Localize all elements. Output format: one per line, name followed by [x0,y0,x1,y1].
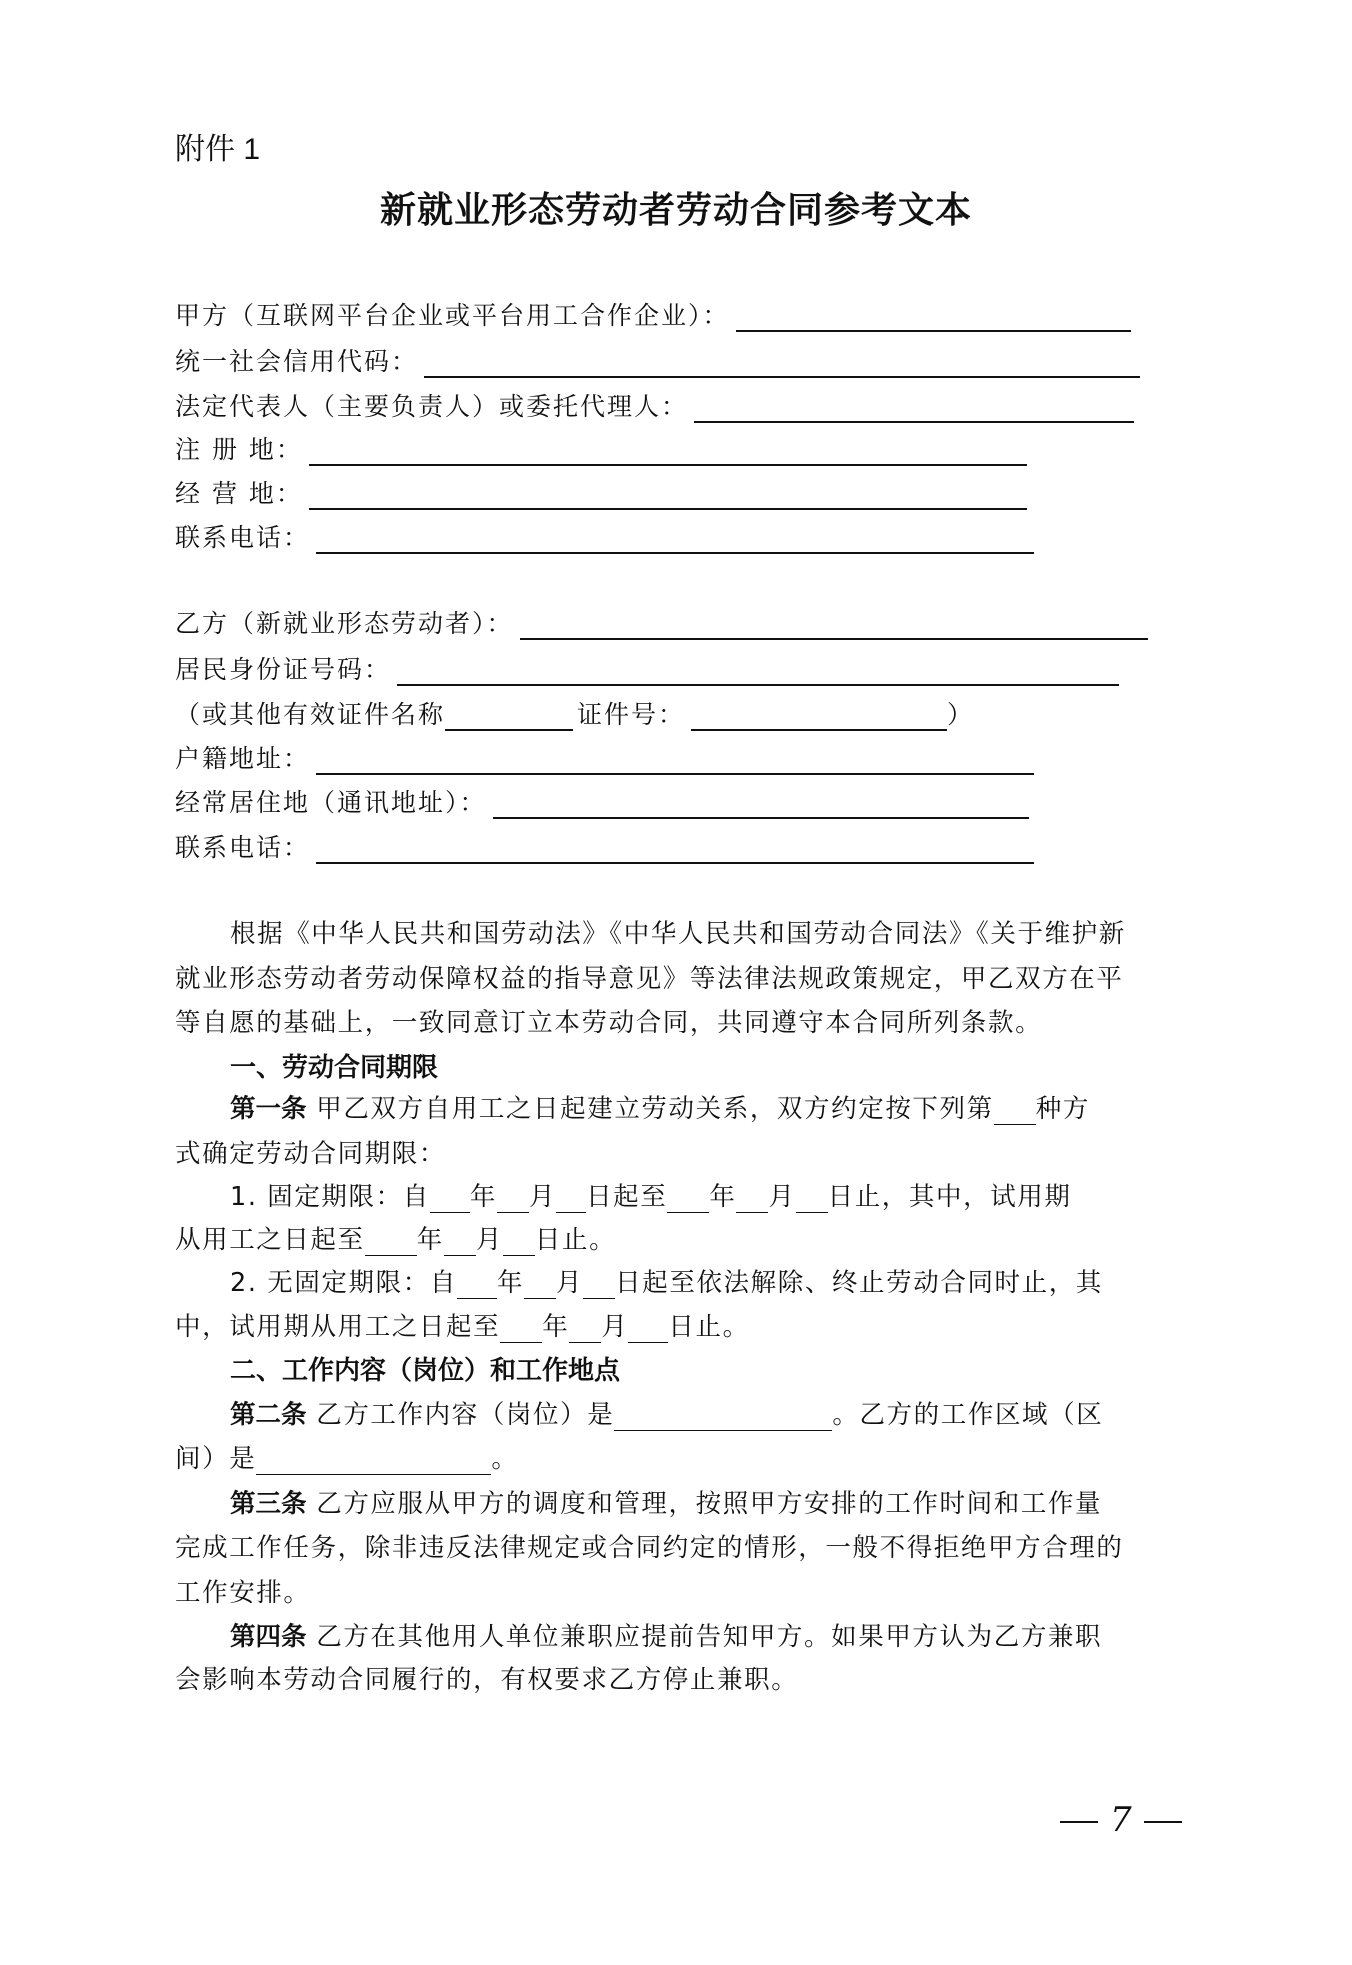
item-text: 日止。 [535,1225,616,1255]
item-text: 日止。 [668,1312,749,1342]
field-label: 户籍地址： [175,739,310,775]
legal-rep-field: 法定代表人（主要负责人）或委托代理人： [175,387,1134,423]
open-start-day-blank[interactable] [583,1274,615,1299]
article-3-line-2: 完成工作任务，除非违反法律规定或合同约定的情形，一般不得拒绝甲方合理的 [175,1528,1124,1564]
option-blank[interactable] [994,1100,1036,1125]
unit-text: 年 [497,1268,524,1298]
close-paren: ） [947,695,972,731]
unit-text: 日起至 [586,1182,667,1212]
attachment-label: 附件 1 [175,124,260,168]
probation-month-blank[interactable] [444,1231,476,1256]
party-a-phone-input[interactable] [316,522,1034,554]
preamble-line: 根据《中华人民共和国劳动法》《中华人民共和国劳动合同法》《关于维护新 [230,914,1126,950]
unit-text: 年 [542,1312,569,1342]
id-number-input[interactable] [397,654,1119,686]
article-1-line-1: 第一条 甲乙双方自用工之日起建立劳动关系，双方约定按下列第种方 [230,1089,1090,1125]
start-month-blank[interactable] [497,1188,529,1213]
probation-day-blank[interactable] [503,1231,535,1256]
field-label: 经 营 地： [175,474,303,510]
open-term-line-1: 2. 无固定期限：自年月日起至依法解除、终止劳动合同时止，其 [230,1263,1103,1299]
preamble-line: 就业形态劳动者劳动保障权益的指导意见》等法律法规政策规定，甲乙双方在平 [175,959,1124,995]
article-title: 第三条 [230,1490,307,1518]
unit-text: 月 [476,1225,503,1255]
unit-text: 月 [768,1182,795,1212]
article-2-line-1: 第二条 乙方工作内容（岗位）是。乙方的工作区域（区 [230,1395,1103,1431]
unit-text: 年 [417,1225,444,1255]
id-number-field: 居民身份证号码： [175,650,1119,686]
field-label: 注 册 地： [175,430,303,466]
unit-text: 月 [601,1312,628,1342]
party-a-phone-field: 联系电话： [175,518,1034,554]
unit-text: 年 [470,1182,497,1212]
article-text: 间）是 [175,1444,256,1474]
dash-left [1060,1821,1098,1823]
open-term-line-2: 中，试用期从用工之日起至年月日止。 [175,1307,750,1343]
start-year-blank[interactable] [430,1188,470,1213]
field-label: 法定代表人（主要负责人）或委托代理人： [175,387,688,423]
page-number: 7 [1048,1800,1194,1840]
article-3-line-3: 工作安排。 [175,1573,311,1609]
business-address-input[interactable] [309,478,1027,510]
party-a-name-field: 甲方（互联网平台企业或平台用工合作企业）： [175,296,1131,332]
open-probation-day-blank[interactable] [628,1318,668,1343]
end-year-blank[interactable] [667,1188,709,1213]
open-probation-year-blank[interactable] [500,1318,542,1343]
fixed-term-line-2: 从用工之日起至年月日止。 [175,1220,616,1256]
item-text: 日止，其中，试用期 [828,1182,1072,1212]
legal-rep-input[interactable] [694,391,1134,423]
article-2-line-2: 间）是。 [175,1439,518,1475]
unit-text: 月 [529,1182,556,1212]
party-a-name-input[interactable] [736,300,1131,332]
item-text: 日起至依法解除、终止劳动合同时止，其 [615,1268,1103,1298]
article-text: 乙方应服从甲方的调度和管理，按照甲方安排的工作时间和工作量 [316,1489,1102,1519]
item-text: 1. 固定期限：自 [230,1182,430,1212]
article-text: 。 [491,1444,518,1474]
fixed-term-line-1: 1. 固定期限：自年月日起至年月日止，其中，试用期 [230,1177,1072,1213]
other-id-field: （或其他有效证件名称 证件号： ） [175,695,972,731]
article-text: 甲乙双方自用工之日起建立劳动关系，双方约定按下列第 [316,1094,994,1124]
end-month-blank[interactable] [736,1188,768,1213]
article-4-line-2: 会影响本劳动合同履行的，有权要求乙方停止兼职。 [175,1660,798,1696]
article-title: 第二条 [230,1401,307,1429]
unit-text: 月 [556,1268,583,1298]
item-text: 中，试用期从用工之日起至 [175,1312,500,1342]
article-3-line-1: 第三条 乙方应服从甲方的调度和管理，按照甲方安排的工作时间和工作量 [230,1484,1102,1520]
open-start-month-blank[interactable] [524,1274,556,1299]
end-day-blank[interactable] [796,1188,828,1213]
credit-code-field: 统一社会信用代码： [175,342,1140,378]
unit-text: 年 [709,1182,736,1212]
page-number-value: 7 [1110,1800,1132,1840]
other-id-number-input[interactable] [691,699,947,731]
item-text: 从用工之日起至 [175,1225,365,1255]
preamble-line: 等自愿的基础上，一致同意订立本劳动合同，共同遵守本合同所列条款。 [175,1003,1042,1039]
article-title: 第四条 [230,1623,307,1651]
registered-address-input[interactable] [309,434,1027,466]
item-text: 2. 无固定期限：自 [230,1268,457,1298]
probation-year-blank[interactable] [365,1231,417,1256]
article-text: 种方 [1036,1094,1090,1124]
field-label: （或其他有效证件名称 [175,695,445,731]
business-address-field: 经 营 地： [175,474,1027,510]
party-b-name-field: 乙方（新就业形态劳动者）： [175,604,1148,640]
section-heading-contract-term: 一、劳动合同期限 [230,1047,438,1084]
party-b-name-input[interactable] [520,608,1148,640]
credit-code-input[interactable] [424,346,1140,378]
field-label: 甲方（互联网平台企业或平台用工合作企业）： [175,296,730,332]
residence-address-input[interactable] [493,787,1029,819]
article-text: 乙方在其他用人单位兼职应提前告知甲方。如果甲方认为乙方兼职 [316,1622,1102,1652]
article-title: 第一条 [230,1095,307,1123]
article-text: 。乙方的工作区域（区 [832,1400,1103,1430]
household-address-input[interactable] [316,743,1034,775]
field-label: 统一社会信用代码： [175,342,418,378]
article-1-line-2: 式确定劳动合同期限： [175,1134,446,1170]
field-label: 证件号： [577,695,685,731]
open-start-year-blank[interactable] [457,1274,497,1299]
start-day-blank[interactable] [556,1188,586,1213]
field-label: 居民身份证号码： [175,650,391,686]
field-label: 联系电话： [175,828,310,864]
registered-address-field: 注 册 地： [175,430,1027,466]
other-id-name-input[interactable] [445,699,573,731]
job-content-blank[interactable] [614,1406,832,1431]
open-probation-month-blank[interactable] [569,1318,601,1343]
party-b-phone-input[interactable] [316,832,1034,864]
document-title: 新就业形态劳动者劳动合同参考文本 [0,182,1352,233]
field-label: 乙方（新就业形态劳动者）： [175,604,514,640]
article-4-line-1: 第四条 乙方在其他用人单位兼职应提前告知甲方。如果甲方认为乙方兼职 [230,1617,1102,1653]
dash-right [1144,1821,1182,1823]
work-area-blank[interactable] [256,1450,491,1475]
party-b-phone-field: 联系电话： [175,828,1034,864]
field-label: 联系电话： [175,518,310,554]
field-label: 经常居住地（通讯地址）： [175,783,487,819]
household-address-field: 户籍地址： [175,739,1034,775]
residence-address-field: 经常居住地（通讯地址）： [175,783,1029,819]
article-text: 乙方工作内容（岗位）是 [316,1400,614,1430]
section-heading-work-content: 二、工作内容（岗位）和工作地点 [230,1350,620,1387]
